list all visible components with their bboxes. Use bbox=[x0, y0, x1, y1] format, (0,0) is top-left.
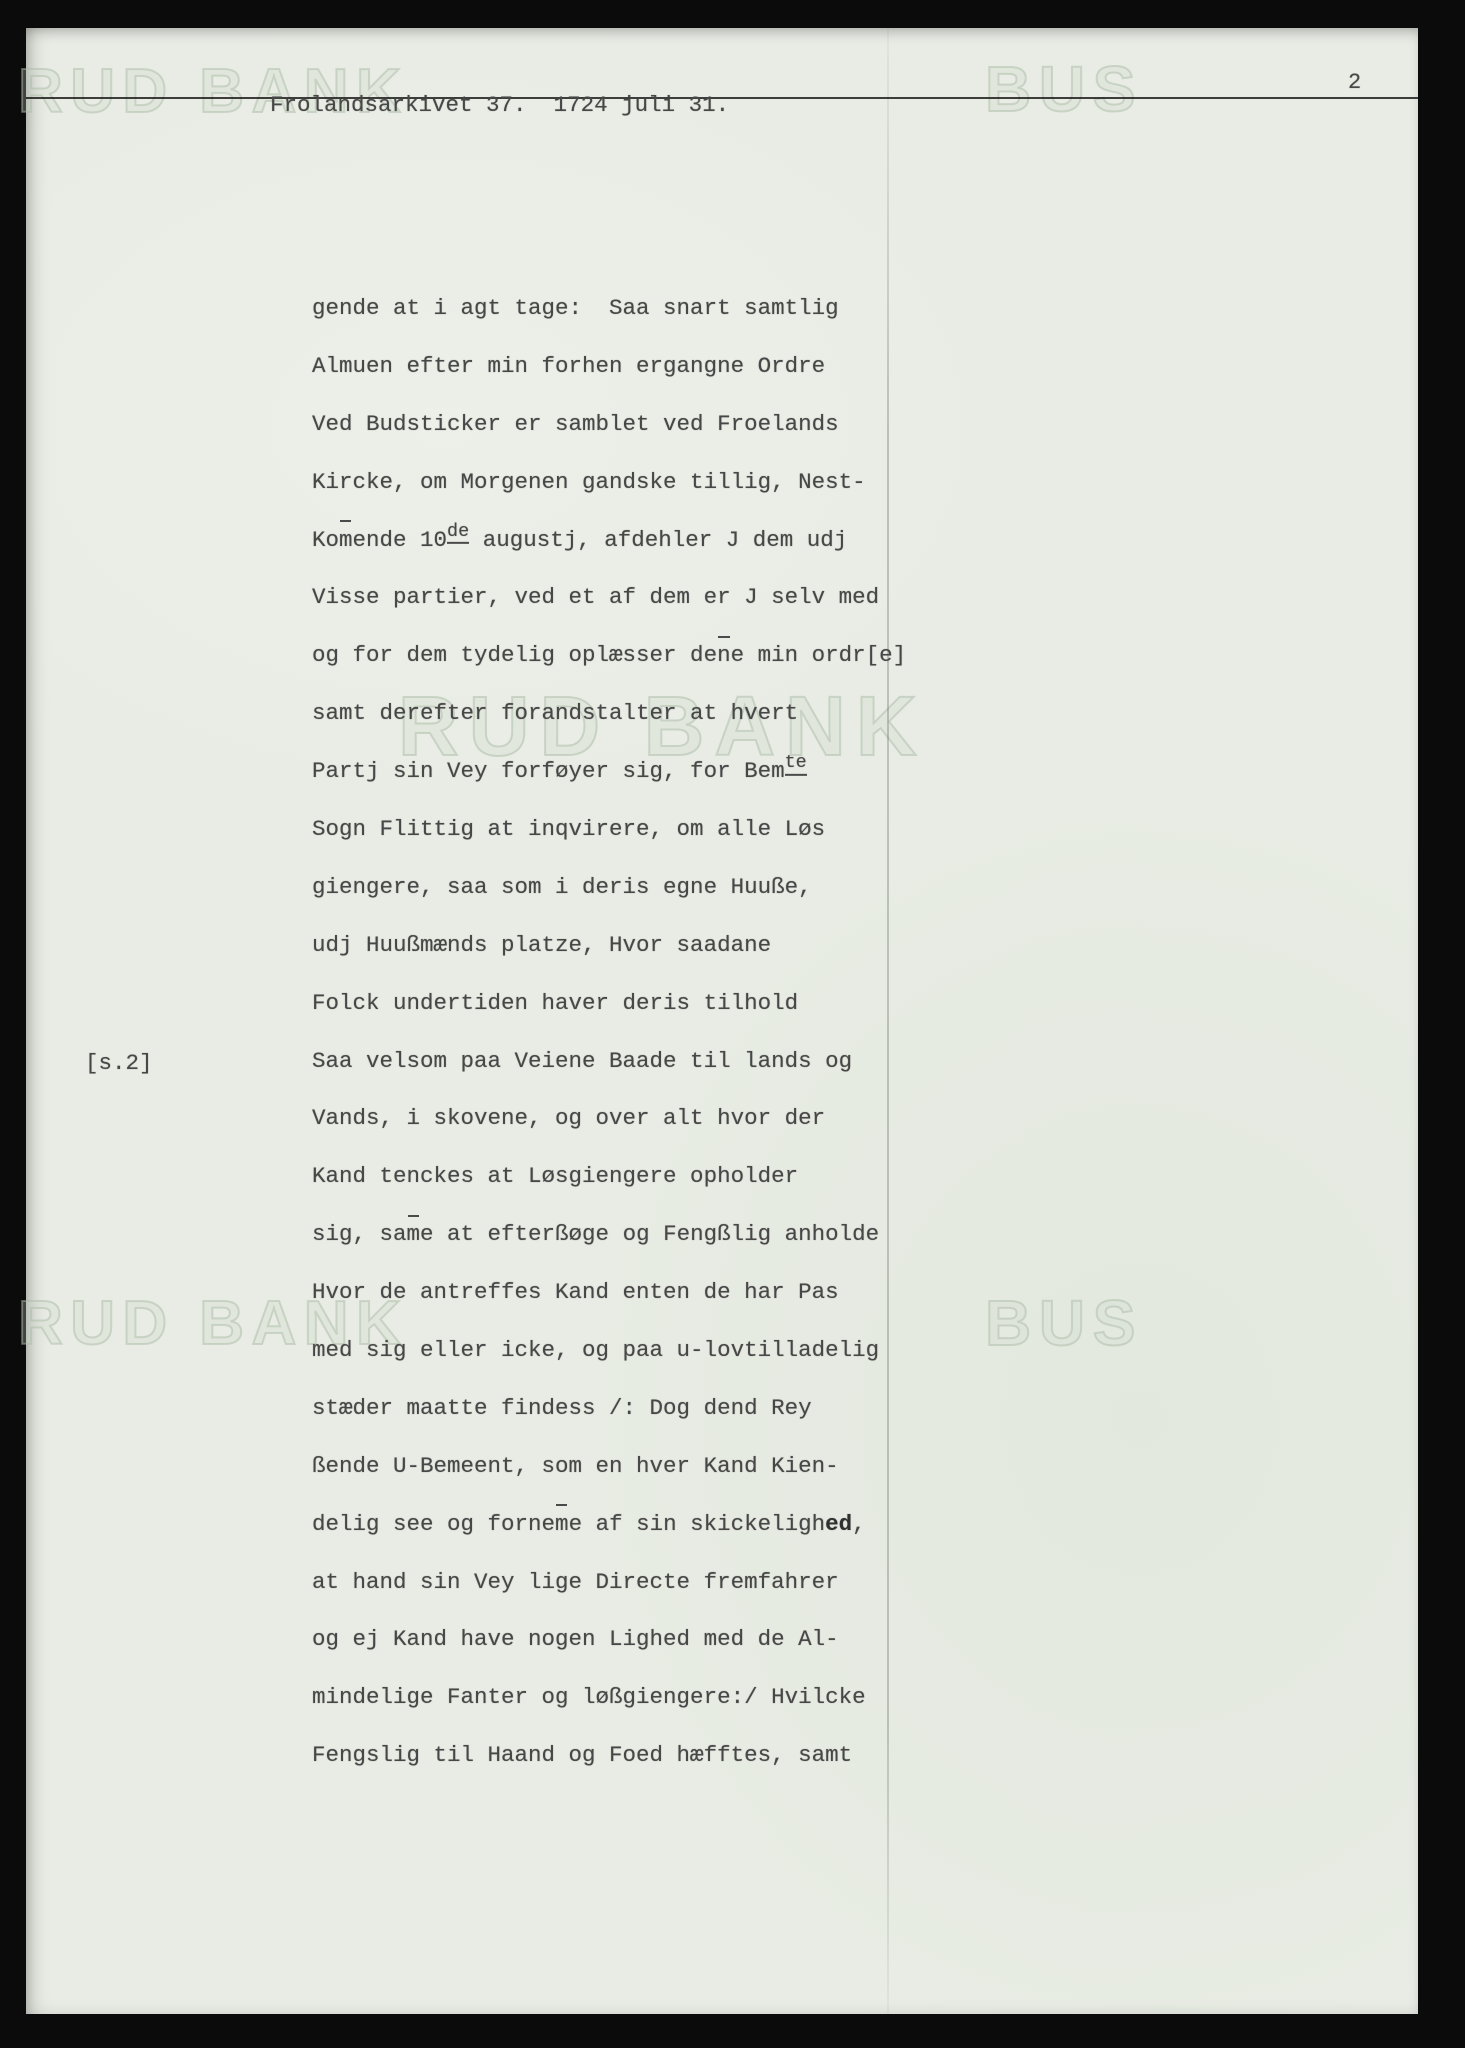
archive-reference: Frolandsarkivet 37. 1724 juli 31. bbox=[270, 92, 729, 118]
text-line: stæder maatte findess /: Dog dend Rey bbox=[312, 1395, 906, 1453]
text-line: Visse partier, ved et af dem er J selv m… bbox=[312, 584, 906, 642]
text-segment: Sogn Flittig at inqvirere, om alle Løs bbox=[312, 816, 825, 842]
text-segment: Fengslig til Haand og Foed hæfftes, samt bbox=[312, 1742, 852, 1768]
text-segment: ende 10 bbox=[353, 527, 448, 553]
text-line: Komende 10de augustj, afdehler J dem udj bbox=[312, 527, 906, 585]
text-line: at hand sin Vey lige Directe fremfahrer bbox=[312, 1569, 906, 1627]
margin-note: [s.2] bbox=[85, 1050, 153, 1076]
text-segment: at hand sin Vey lige Directe fremfahrer bbox=[312, 1569, 839, 1595]
text-segment: augustj, afdehler J dem udj bbox=[469, 527, 847, 553]
text-line: Almuen efter min forhen ergangne Ordre bbox=[312, 353, 906, 411]
text-line: med sig eller icke, og paa u-lovtilladel… bbox=[312, 1337, 906, 1395]
text-line: Sogn Flittig at inqvirere, om alle Løs bbox=[312, 816, 906, 874]
superscript-segment: de bbox=[447, 522, 469, 543]
watermark-text: BUS bbox=[985, 52, 1143, 126]
macron-segment: m bbox=[407, 1221, 421, 1247]
document-body: gende at i agt tage: Saa snart samtligAl… bbox=[312, 295, 906, 1800]
text-line: sig, same at efterßøge og Fengßlig anhol… bbox=[312, 1221, 906, 1279]
text-segment: Vands, i skovene, og over alt hvor der bbox=[312, 1105, 825, 1131]
macron-segment: m bbox=[339, 527, 353, 553]
text-line: giengere, saa som i deris egne Huuße, bbox=[312, 874, 906, 932]
text-line: delig see og forneme af sin skickelighed… bbox=[312, 1511, 906, 1569]
text-segment: sig, sa bbox=[312, 1221, 407, 1247]
superscript-segment: te bbox=[785, 754, 807, 775]
text-line: [s.2]Saa velsom paa Veiene Baade til lan… bbox=[312, 1048, 906, 1106]
text-line: Hvor de antreffes Kand enten de har Pas bbox=[312, 1279, 906, 1337]
macron-segment: n bbox=[717, 642, 731, 668]
text-segment: udj Huußmænds platze, Hvor saadane bbox=[312, 932, 771, 958]
text-line: Kircke, om Morgenen gandske tillig, Nest… bbox=[312, 469, 906, 527]
text-segment: ßende U-Bemeent, som en hver Kand Kien- bbox=[312, 1453, 839, 1479]
text-segment: giengere, saa som i deris egne Huuße, bbox=[312, 874, 812, 900]
text-segment: Kircke, om Morgenen gandske tillig, Nest… bbox=[312, 469, 866, 495]
text-segment: Visse partier, ved et af dem er J selv m… bbox=[312, 584, 879, 610]
text-line: mindelige Fanter og løßgiengere:/ Hvilck… bbox=[312, 1684, 906, 1742]
text-line: Kand tenckes at Løsgiengere opholder bbox=[312, 1163, 906, 1221]
text-segment: og for dem tydelig oplæsser de bbox=[312, 642, 717, 668]
text-segment: Partj sin Vey forføyer sig, for Bem bbox=[312, 758, 785, 784]
text-segment: med sig eller icke, og paa u-lovtilladel… bbox=[312, 1337, 879, 1363]
text-line: udj Huußmænds platze, Hvor saadane bbox=[312, 932, 906, 990]
text-segment: mindelige Fanter og løßgiengere:/ Hvilck… bbox=[312, 1684, 866, 1710]
text-segment: Folck undertiden haver deris tilhold bbox=[312, 990, 798, 1016]
text-line: Fengslig til Haand og Foed hæfftes, samt bbox=[312, 1742, 906, 1800]
scan-page: { "page": { "number": "2" }, "header": {… bbox=[0, 0, 1465, 2048]
text-segment: Almuen efter min forhen ergangne Ordre bbox=[312, 353, 825, 379]
text-line: og for dem tydelig oplæsser dene min ord… bbox=[312, 642, 906, 700]
text-segment: delig see og forne bbox=[312, 1511, 555, 1537]
text-segment: Ko bbox=[312, 527, 339, 553]
text-line: Partj sin Vey forføyer sig, for Bemte bbox=[312, 758, 906, 816]
text-segment: samt derefter forandstalter at hvert bbox=[312, 700, 798, 726]
text-line: ßende U-Bemeent, som en hver Kand Kien- bbox=[312, 1453, 906, 1511]
text-segment: e af sin skickeligh bbox=[569, 1511, 826, 1537]
overstrike-segment: ed bbox=[825, 1511, 852, 1537]
text-line: samt derefter forandstalter at hvert bbox=[312, 700, 906, 758]
text-segment: Kand tenckes at Løsgiengere opholder bbox=[312, 1163, 798, 1189]
text-segment: og ej Kand have nogen Lighed med de Al- bbox=[312, 1626, 839, 1652]
text-line: Ved Budsticker er samblet ved Froelands bbox=[312, 411, 906, 469]
page-number: 2 bbox=[1348, 70, 1361, 95]
text-segment: , bbox=[852, 1511, 866, 1537]
text-segment: Hvor de antreffes Kand enten de har Pas bbox=[312, 1279, 839, 1305]
page-header: Frolandsarkivet 37. 1724 juli 31. bbox=[243, 66, 729, 118]
text-segment: gende at i agt tage: Saa snart samtlig bbox=[312, 295, 839, 321]
text-segment: e min ordr[e] bbox=[731, 642, 907, 668]
text-segment: e at efterßøge og Fengßlig anholde bbox=[420, 1221, 879, 1247]
text-segment: Ved Budsticker er samblet ved Froelands bbox=[312, 411, 839, 437]
text-line: Folck undertiden haver deris tilhold bbox=[312, 990, 906, 1048]
text-line: og ej Kand have nogen Lighed med de Al- bbox=[312, 1626, 906, 1684]
text-segment: Saa velsom paa Veiene Baade til lands og bbox=[312, 1048, 852, 1074]
text-segment: stæder maatte findess /: Dog dend Rey bbox=[312, 1395, 812, 1421]
text-line: gende at i agt tage: Saa snart samtlig bbox=[312, 295, 906, 353]
macron-segment: m bbox=[555, 1511, 569, 1537]
text-line: Vands, i skovene, og over alt hvor der bbox=[312, 1105, 906, 1163]
watermark-text: BUS bbox=[985, 1286, 1143, 1360]
